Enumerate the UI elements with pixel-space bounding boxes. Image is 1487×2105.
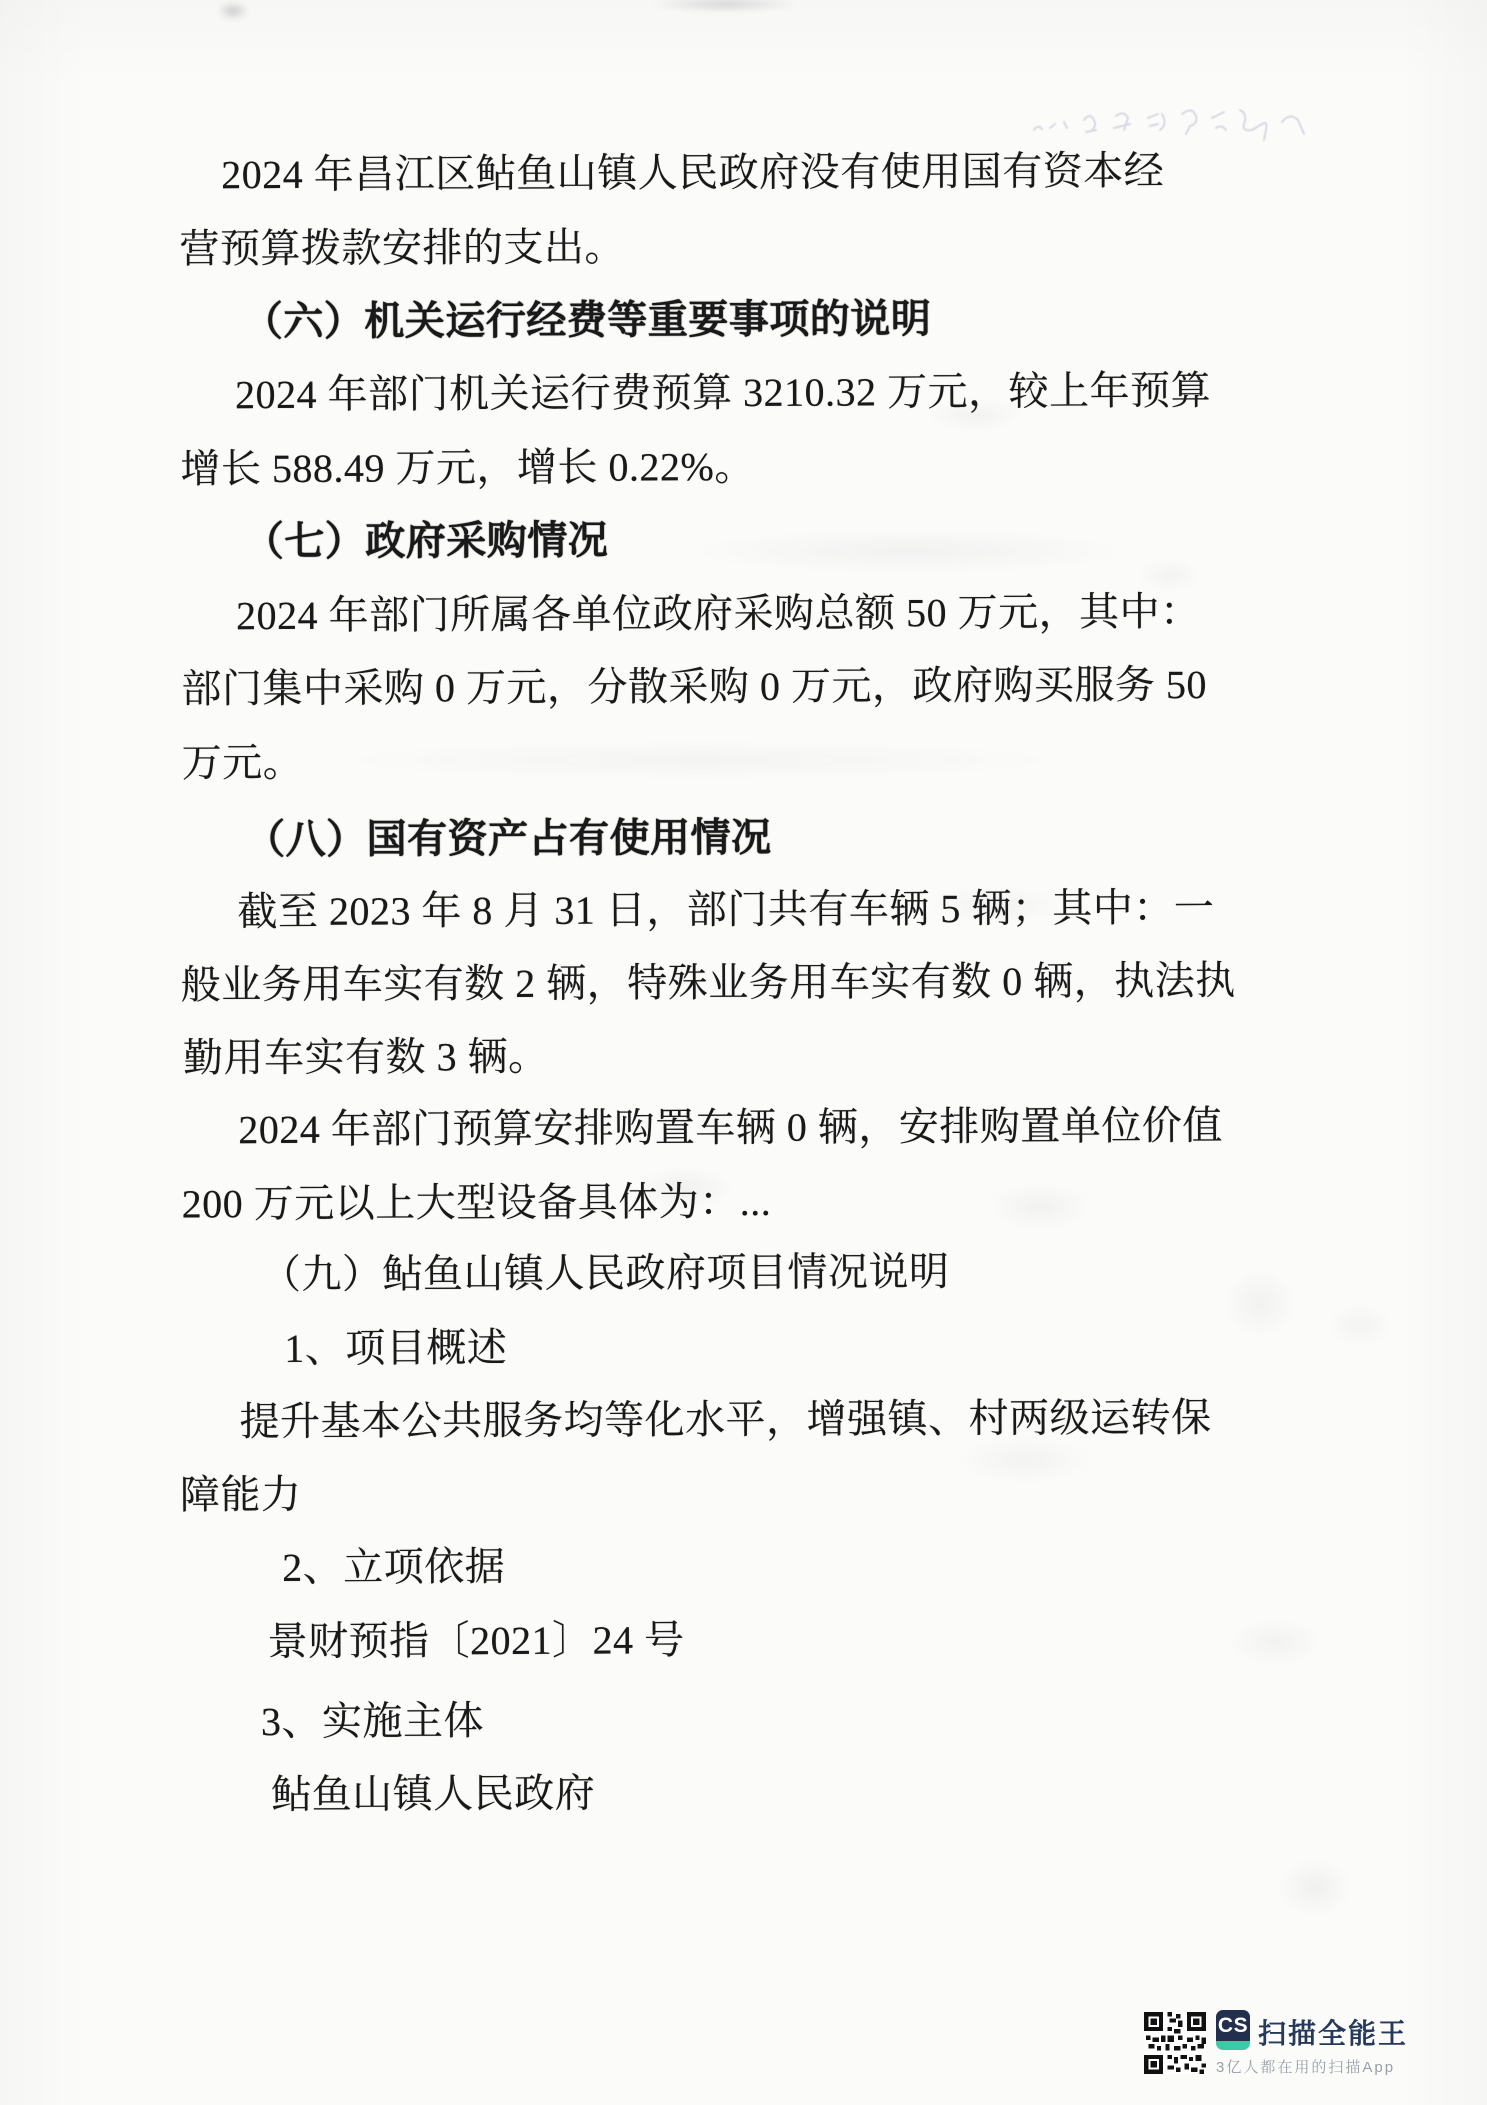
doc-line-17: 1、项目概述	[284, 1325, 507, 1372]
doc-line-7: 2024 年部门所属各单位政府采购总额 50 万元，其中：	[236, 589, 1201, 639]
doc-line-1: 2024 年昌江区鲇鱼山镇人民政府没有使用国有资本经	[221, 148, 1164, 198]
doc-line-2: 营预算拨款安排的支出。	[179, 225, 625, 273]
scanned-document-page: 2024 年昌江区鲇鱼山镇人民政府没有使用国有资本经营预算拨款安排的支出。（六）…	[0, 0, 1487, 2105]
qr-code	[1144, 2010, 1206, 2076]
doc-line-10: （八）国有资产占有使用情况	[245, 815, 772, 863]
doc-line-9: 万元。	[182, 740, 304, 787]
camscanner-badge: CS 扫描全能王 3亿人都在用的扫描App	[1144, 2006, 1444, 2086]
doc-line-18: 提升基本公共服务均等化水平，增强镇、村两级运转保	[240, 1395, 1212, 1445]
doc-line-4: 2024 年部门机关运行费预算 3210.32 万元，较上年预算	[235, 368, 1211, 418]
doc-line-20: 2、立项依据	[282, 1544, 505, 1591]
doc-line-13: 勤用车实有数 3 辆。	[183, 1034, 549, 1082]
camscanner-app-name: 扫描全能王	[1258, 2012, 1408, 2052]
doc-line-6: （七）政府采购情况	[244, 518, 609, 566]
doc-line-3: （六）机关运行经费等重要事项的说明	[243, 296, 932, 345]
doc-line-21: 景财预指〔2021〕24 号	[267, 1617, 684, 1665]
doc-line-8: 部门集中采购 0 万元，分散采购 0 万元，政府购买服务 50	[181, 662, 1207, 712]
doc-line-22: 3、实施主体	[261, 1698, 484, 1745]
doc-line-23: 鲇鱼山镇人民政府	[271, 1771, 595, 1818]
doc-line-15: 200 万元以上大型设备具体为：...	[182, 1179, 772, 1228]
doc-line-19: 障能力	[180, 1472, 302, 1519]
camscanner-logo: CS	[1216, 2010, 1250, 2050]
document-text-block: 2024 年昌江区鲇鱼山镇人民政府没有使用国有资本经营预算拨款安排的支出。（六）…	[0, 0, 1487, 2105]
doc-line-12: 般业务用车实有数 2 辆，特殊业务用车实有数 0 辆，执法执	[181, 958, 1236, 1009]
camscanner-tagline: 3亿人都在用的扫描App	[1216, 2056, 1395, 2077]
doc-line-11: 截至 2023 年 8 月 31 日，部门共有车辆 5 辆；其中：一	[237, 885, 1214, 935]
doc-line-16: （九）鲇鱼山镇人民政府项目情况说明	[261, 1249, 950, 1298]
doc-line-14: 2024 年部门预算安排购置车辆 0 辆，安排购置单位价值	[238, 1103, 1223, 1153]
doc-line-5: 增长 588.49 万元，增长 0.22%。	[180, 444, 755, 493]
camscanner-logo-text: CS	[1218, 2010, 1248, 2041]
